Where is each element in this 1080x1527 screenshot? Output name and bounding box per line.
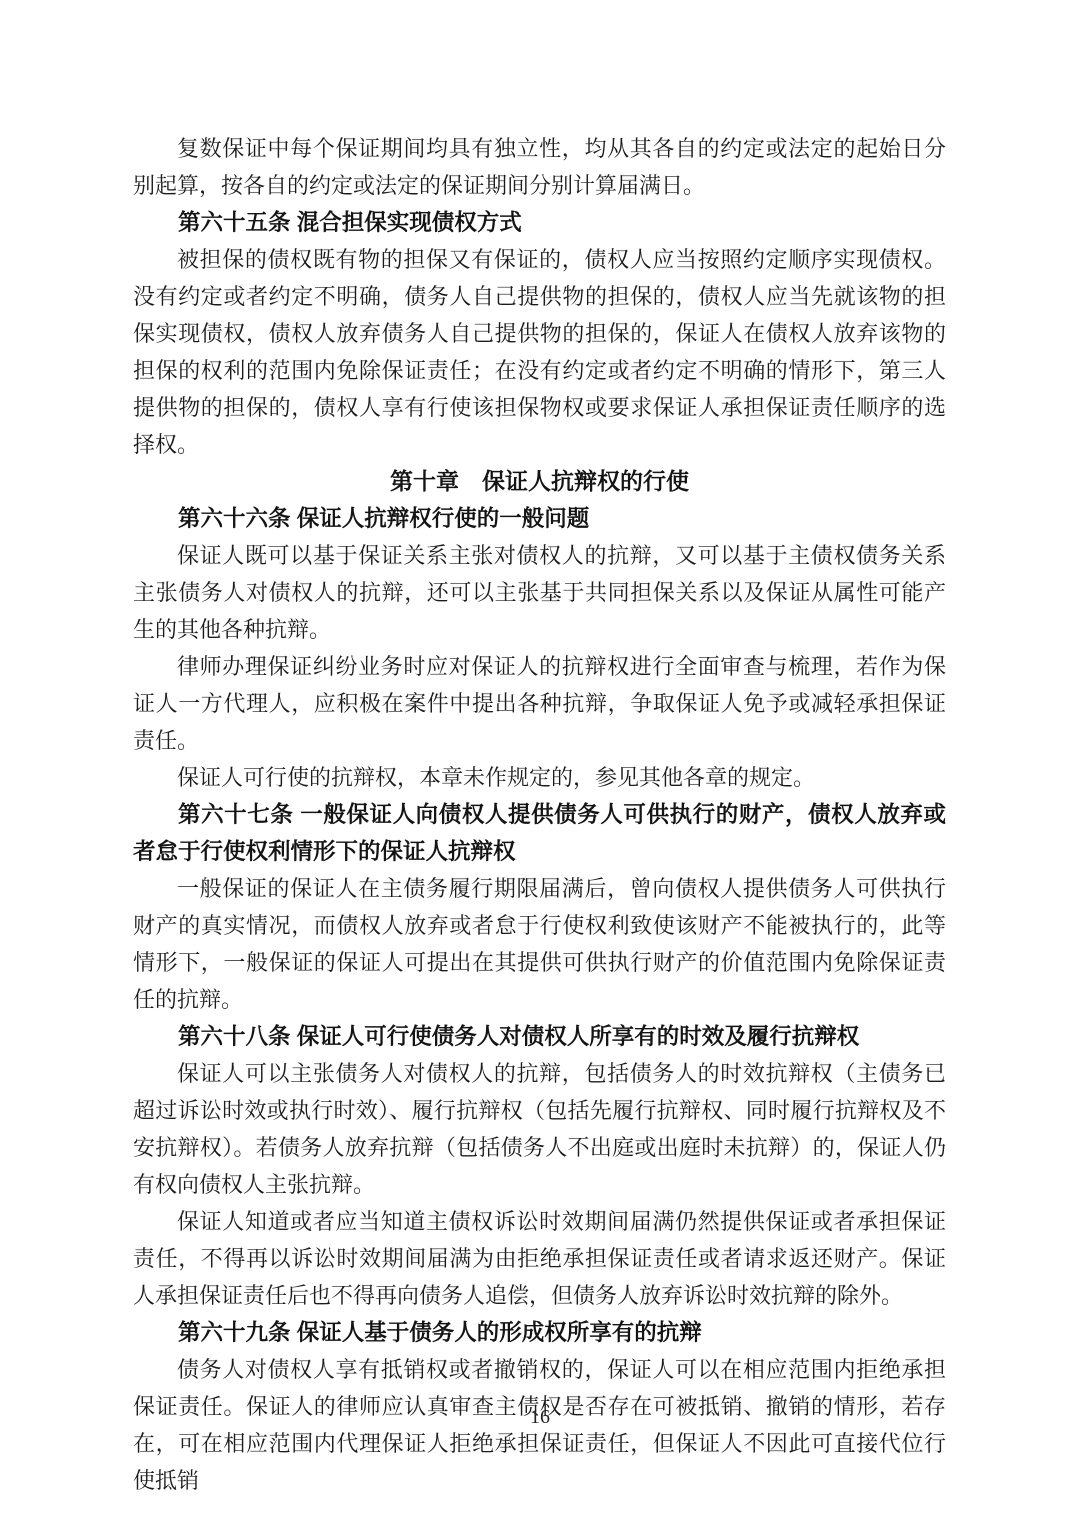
paragraph: 被担保的债权既有物的担保又有保证的，债权人应当按照约定顺序实现债权。没有约定或者… xyxy=(133,241,946,463)
section-heading-article-66: 第六十六条 保证人抗辩权行使的一般问题 xyxy=(133,500,946,537)
section-heading-article-68: 第六十八条 保证人可行使债务人对债权人所享有的时效及履行抗辩权 xyxy=(133,1018,946,1055)
page-number: 16 xyxy=(0,1406,1080,1429)
paragraph: 复数保证中每个保证期间均具有独立性，均从其各自的约定或法定的起始日分别起算，按各… xyxy=(133,130,946,204)
paragraph: 一般保证的保证人在主债务履行期限届满后，曾向债权人提供债务人可供执行财产的真实情… xyxy=(133,870,946,1018)
paragraph: 保证人可行使的抗辩权，本章未作规定的，参见其他各章的规定。 xyxy=(133,759,946,796)
chapter-heading: 第十章 保证人抗辩权的行使 xyxy=(133,463,946,500)
paragraph: 保证人知道或者应当知道主债权诉讼时效期间届满仍然提供保证或者承担保证责任，不得再… xyxy=(133,1203,946,1314)
paragraph: 律师办理保证纠纷业务时应对保证人的抗辩权进行全面审查与梳理，若作为保证人一方代理… xyxy=(133,648,946,759)
section-heading-article-69: 第六十九条 保证人基于债务人的形成权所享有的抗辩 xyxy=(133,1314,946,1351)
paragraph: 保证人既可以基于保证关系主张对债权人的抗辩，又可以基于主债权债务关系主张债务人对… xyxy=(133,537,946,648)
paragraph: 保证人可以主张债务人对债权人的抗辩，包括债务人的时效抗辩权（主债务已超过诉讼时效… xyxy=(133,1055,946,1203)
section-heading-article-65: 第六十五条 混合担保实现债权方式 xyxy=(133,204,946,241)
document-page-content: 复数保证中每个保证期间均具有独立性，均从其各自的约定或法定的起始日分别起算，按各… xyxy=(133,130,946,1499)
section-heading-article-67: 第六十七条 一般保证人向债权人提供债务人可供执行的财产，债权人放弃或者怠于行使权… xyxy=(133,796,946,870)
